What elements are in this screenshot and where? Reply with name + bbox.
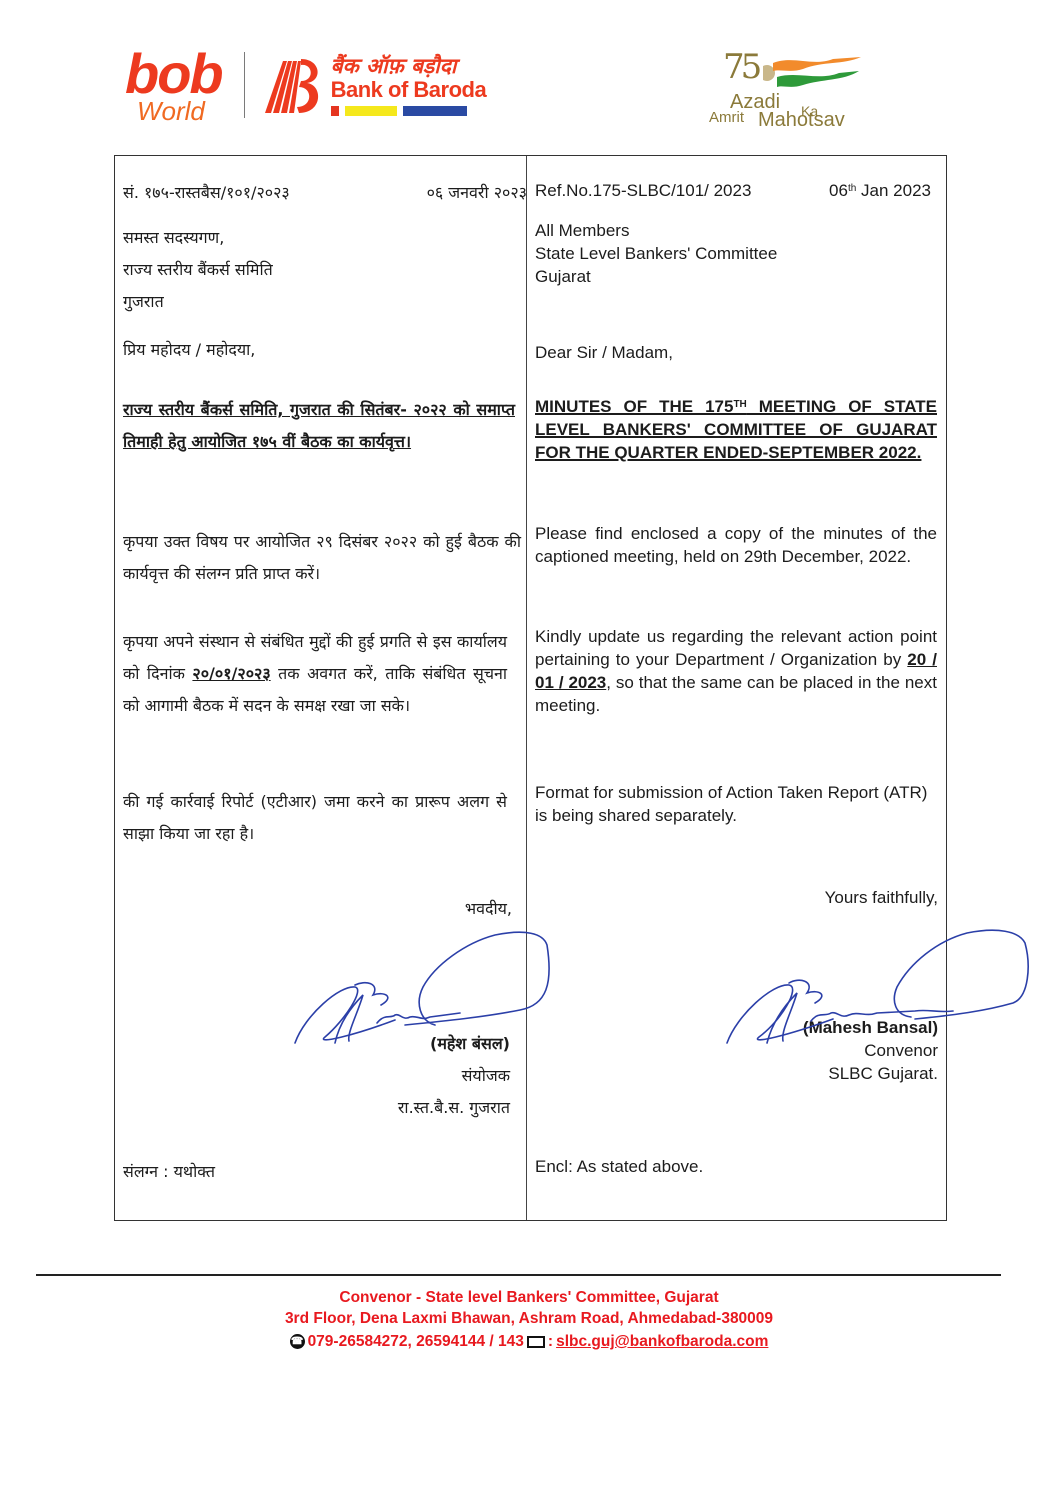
hindi-addressee-line: समस्त सदस्यगण, [123,222,273,254]
hindi-reference-line: सं. १७५-रास्तबैस/१०१/२०२३ ०६ जनवरी २०२३ [123,182,523,204]
date-day: 06 [829,181,848,200]
hindi-addressee-line: गुजरात [123,286,273,318]
bank-tagline-strips [331,106,487,116]
flag-ribbon-icon [763,55,863,89]
footer-rule [36,1274,1001,1276]
footer-line-2: 3rd Floor, Dena Laxmi Bhawan, Ashram Roa… [0,1308,1058,1329]
hindi-paragraph-3: की गई कार्रवाई रिपोर्ट (एटीआर) जमा करने … [123,786,507,850]
date-suffix: th [848,183,856,194]
english-paragraph-1: Please find enclosed a copy of the minut… [535,522,937,568]
hindi-signatory-title: संयोजक [398,1060,510,1092]
footer-contact-line: ☎ 079-26584272, 26594144 / 143 : slbc.gu… [290,1331,769,1352]
bank-name-hindi: बैंक ऑफ़ बड़ौदा [331,54,487,78]
amrit-text: Amrit [709,109,744,126]
hindi-subject-text: राज्य स्तरीय बैंकर्स समिति, गुजरात की सि… [123,400,515,451]
hindi-addressee: समस्त सदस्यगण, राज्य स्तरीय बैंकर्स समित… [123,222,273,318]
hindi-addressee-line: राज्य स्तरीय बैंकर्स समिति [123,254,273,286]
footer-separator: : [548,1331,553,1352]
hindi-signature-block: (महेश बंसल) संयोजक रा.स्त.बै.स. गुजरात [398,1028,510,1124]
seventy-five-mark: 75 [723,47,758,87]
letter-footer: Convenor - State level Bankers' Committe… [0,1287,1058,1352]
bank-name-english: Bank of Baroda [331,78,487,102]
english-para2-text: Kindly update us regarding the relevant … [535,627,937,669]
logo-divider [244,52,245,118]
hindi-date: ०६ जनवरी २०२३ [427,182,527,204]
english-signatory-org: SLBC Gujarat. [803,1062,938,1085]
hindi-column: सं. १७५-रास्तबैस/१०१/२०२३ ०६ जनवरी २०२३ … [115,156,526,1220]
bob-world-logo: bob World [125,46,222,124]
english-paragraph-3: Format for submission of Action Taken Re… [535,781,937,827]
hindi-signatory-org: रा.स्त.बै.स. गुजरात [398,1092,510,1124]
hindi-closing: भवदीय, [465,898,512,920]
hindi-enclosure: संलग्न : यथोक्त [123,1161,215,1183]
bank-of-baroda-wordmark: बैंक ऑफ़ बड़ौदा Bank of Baroda [331,54,487,116]
hindi-salutation: प्रिय महोदय / महोदया, [123,339,255,361]
phone-icon: ☎ [290,1334,305,1349]
english-reference-line: Ref.No.175-SLBC/101/ 2023 06th Jan 2023 [535,180,931,202]
english-addressee-line: State Level Bankers' Committee [535,242,777,265]
letter-body-box: सं. १७५-रास्तबैस/१०१/२०२३ ०६ जनवरी २०२३ … [114,155,947,1221]
english-subject: MINUTES OF THE 175TH MEETING OF STATE LE… [535,395,937,464]
yellow-strip [345,106,397,116]
english-addressee-line: All Members [535,219,777,242]
red-strip [331,106,339,116]
envelope-icon [527,1336,545,1348]
english-paragraph-2: Kindly update us regarding the relevant … [535,625,937,717]
world-logo-text: World [137,98,205,124]
azadi-ka-amrit-mahotsav-logo: 75 Azadi Ka Amrit Mahotsav [705,45,875,135]
english-subject-text: MINUTES OF THE 175TH MEETING OF STATE LE… [535,397,937,462]
hindi-signatory-name: (महेश बंसल) [398,1028,510,1060]
subject-part: MINUTES OF THE 175 [535,397,733,416]
hindi-paragraph-1: कृपया उक्त विषय पर आयोजित २९ दिसंबर २०२२… [123,526,521,590]
footer-phone: 079-26584272, 26594144 / 143 [308,1331,524,1352]
english-date: 06th Jan 2023 [829,180,931,202]
english-signatory-title: Convenor [803,1039,938,1062]
english-closing: Yours faithfully, [825,887,938,909]
footer-email-link[interactable]: slbc.guj@bankofbaroda.com [556,1331,768,1352]
hindi-subject: राज्य स्तरीय बैंकर्स समिति, गुजरात की सि… [123,394,515,458]
subject-superscript: TH [733,399,746,410]
hindi-paragraph-2: कृपया अपने संस्थान से संबंधित मुद्दों की… [123,626,507,722]
letterhead-logos: bob World बैंक ऑफ़ बड़ौदा Bank of Baroda [125,40,486,130]
mahotsav-text: Mahotsav [758,109,845,132]
english-salutation: Dear Sir / Madam, [535,342,673,364]
bob-logo-text: bob [125,46,222,102]
english-addressee-line: Gujarat [535,265,777,288]
blue-strip [403,106,467,116]
date-rest: Jan 2023 [856,181,931,200]
english-column: Ref.No.175-SLBC/101/ 2023 06th Jan 2023 … [527,156,946,1220]
english-ref-number: Ref.No.175-SLBC/101/ 2023 [535,180,751,202]
english-enclosure: Encl: As stated above. [535,1156,703,1178]
hindi-ref-number: सं. १७५-रास्तबैस/१०१/२०२३ [123,182,290,204]
english-signatory-name: (Mahesh Bansal) [803,1016,938,1039]
bank-of-baroda-sunrise-icon [261,55,323,115]
english-signature-block: (Mahesh Bansal) Convenor SLBC Gujarat. [803,1016,938,1085]
footer-line-1: Convenor - State level Bankers' Committe… [0,1287,1058,1308]
hindi-deadline-date: २०/०१/२०२३ [192,664,270,683]
english-addressee: All Members State Level Bankers' Committ… [535,219,777,288]
